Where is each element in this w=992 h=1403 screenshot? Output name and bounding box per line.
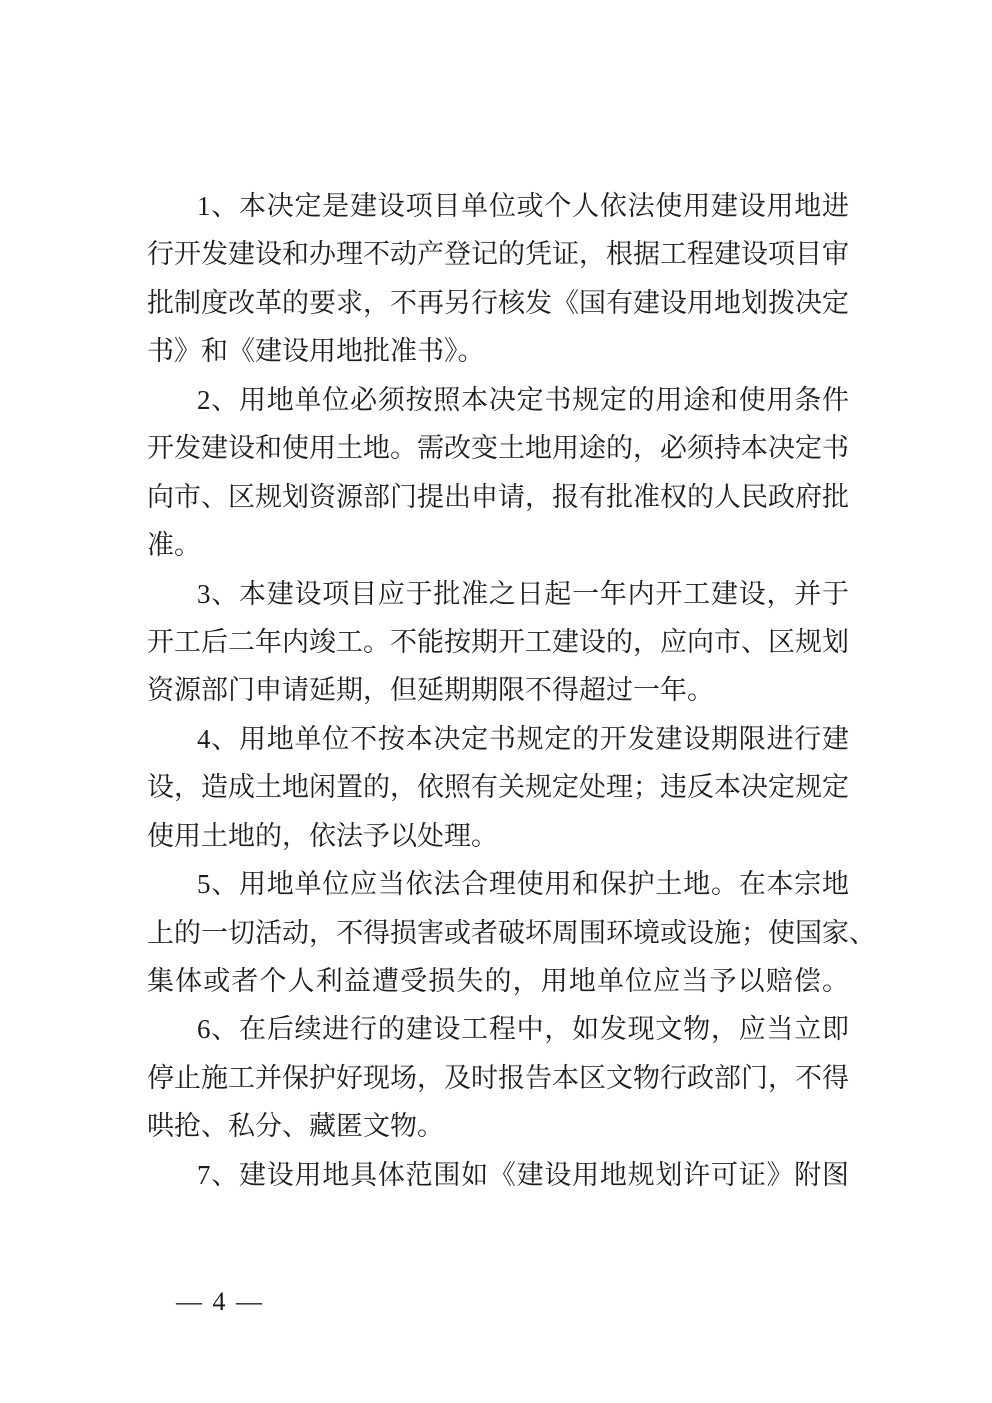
document-page: { "page": { "background_color": "#ffffff…: [0, 0, 992, 1403]
paragraph-3: 3、本建设项目应于批准之日起一年内开工建设，并于开工后二年内竣工。不能按期开工建…: [147, 570, 849, 715]
paragraph-4: 4、用地单位不按本决定书规定的开发建设期限进行建设，造成土地闲置的，依照有关规定…: [147, 715, 849, 860]
text-line: 使用土地的，依法予以处理。: [147, 812, 849, 860]
text-line: 3、本建设项目应于批准之日起一年内开工建设，并于: [147, 570, 849, 618]
text-line: 准。: [147, 521, 849, 569]
page-number: — 4 —: [176, 1284, 264, 1320]
text-line: 5、用地单位应当依法合理使用和保护土地。在本宗地: [147, 860, 849, 908]
text-line: 上的一切活动，不得损害或者破坏周围环境或设施；使国家、: [147, 909, 849, 957]
paragraph-6: 6、在后续进行的建设工程中，如发现文物，应当立即停止施工并保护好现场，及时报告本…: [147, 1005, 849, 1150]
text-line: 开工后二年内竣工。不能按期开工建设的，应向市、区规划: [147, 618, 849, 666]
document-body: 1、本决定是建设项目单位或个人依法使用建设用地进行开发建设和办理不动产登记的凭证…: [147, 182, 849, 1199]
text-line: 4、用地单位不按本决定书规定的开发建设期限进行建: [147, 715, 849, 763]
paragraph-1: 1、本决定是建设项目单位或个人依法使用建设用地进行开发建设和办理不动产登记的凭证…: [147, 182, 849, 376]
text-line: 停止施工并保护好现场，及时报告本区文物行政部门，不得: [147, 1054, 849, 1102]
text-line: 批制度改革的要求，不再另行核发《国有建设用地划拨决定: [147, 279, 849, 327]
text-line: 哄抢、私分、藏匿文物。: [147, 1102, 849, 1150]
text-line: 1、本决定是建设项目单位或个人依法使用建设用地进: [147, 182, 849, 230]
text-line: 7、建设用地具体范围如《建设用地规划许可证》附图: [147, 1151, 849, 1199]
text-line: 资源部门申请延期，但延期期限不得超过一年。: [147, 666, 849, 714]
paragraph-7: 7、建设用地具体范围如《建设用地规划许可证》附图: [147, 1151, 849, 1199]
text-line: 集体或者个人利益遭受损失的，用地单位应当予以赔偿。: [147, 957, 849, 1005]
text-line: 2、用地单位必须按照本决定书规定的用途和使用条件: [147, 376, 849, 424]
text-line: 书》和《建设用地批准书》。: [147, 327, 849, 375]
text-line: 6、在后续进行的建设工程中，如发现文物，应当立即: [147, 1005, 849, 1053]
paragraph-5: 5、用地单位应当依法合理使用和保护土地。在本宗地上的一切活动，不得损害或者破坏周…: [147, 860, 849, 1005]
text-line: 开发建设和使用土地。需改变土地用途的，必须持本决定书: [147, 424, 849, 472]
text-line: 设，造成土地闲置的，依照有关规定处理；违反本决定规定: [147, 763, 849, 811]
paragraph-2: 2、用地单位必须按照本决定书规定的用途和使用条件开发建设和使用土地。需改变土地用…: [147, 376, 849, 570]
text-line: 行开发建设和办理不动产登记的凭证，根据工程建设项目审: [147, 230, 849, 278]
text-line: 向市、区规划资源部门提出申请，报有批准权的人民政府批: [147, 473, 849, 521]
